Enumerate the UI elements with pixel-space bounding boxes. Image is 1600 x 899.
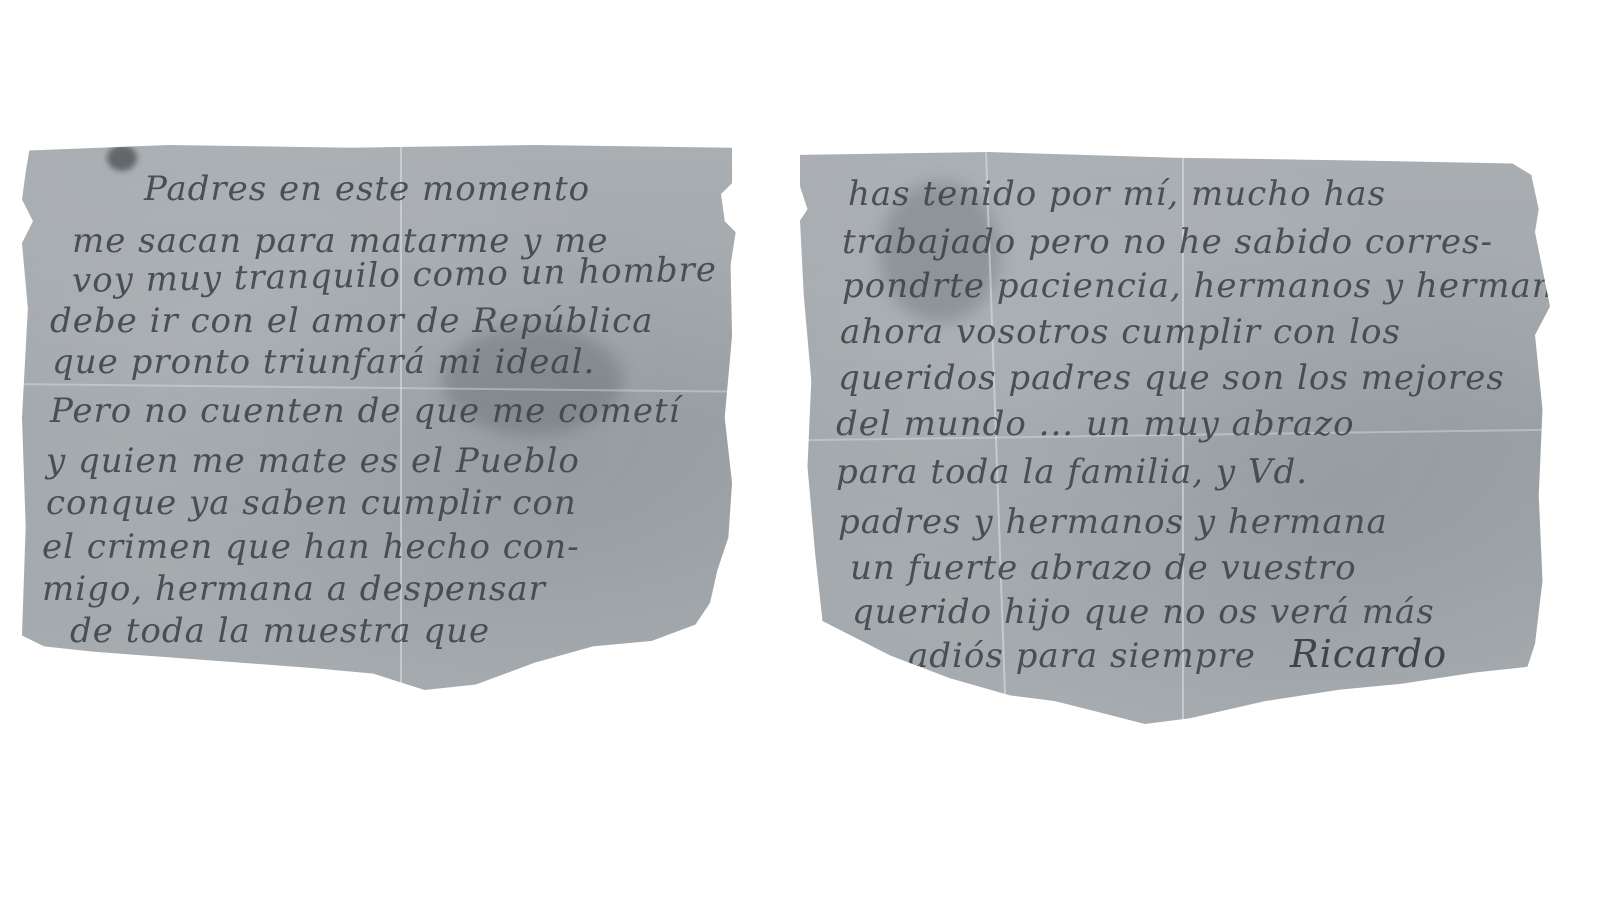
handwritten-line: para toda la familia, y Vd. bbox=[836, 452, 1308, 492]
handwritten-line: debe ir con el amor de República bbox=[50, 301, 653, 341]
handwritten-line: que pronto triunfará mi ideal. bbox=[52, 342, 595, 382]
handwritten-line: de toda la muestra que bbox=[70, 611, 490, 651]
handwritten-line: Padres en este momento bbox=[144, 169, 590, 209]
letter-fragment-right: has tenido por mí, mucho has trabajado p… bbox=[800, 152, 1550, 724]
handwritten-line: adiós para siempre bbox=[908, 636, 1256, 676]
handwritten-line: queridos padres que son los mejores bbox=[838, 358, 1505, 398]
letter-fragment-left: Padres en este momento me sacan para mat… bbox=[22, 145, 754, 690]
handwritten-text-left: Padres en este momento me sacan para mat… bbox=[22, 145, 754, 690]
handwritten-line: has tenido por mí, mucho has bbox=[848, 174, 1386, 214]
handwritten-line: padres y hermanos y hermana bbox=[838, 502, 1388, 542]
handwritten-line: pondrte paciencia, hermanos y hermana bbox=[842, 266, 1576, 306]
handwritten-line: querido hijo que no os verá más bbox=[852, 592, 1435, 632]
handwritten-line: un fuerte abrazo de vuestro bbox=[850, 548, 1357, 588]
handwritten-line: migo, hermana a despensar bbox=[42, 569, 546, 609]
handwritten-text-right: has tenido por mí, mucho has trabajado p… bbox=[800, 152, 1550, 724]
handwritten-line: Pero no cuenten de que me cometí bbox=[50, 391, 681, 431]
signature: Ricardo bbox=[1290, 632, 1447, 676]
handwritten-line: el crimen que han hecho con- bbox=[42, 527, 580, 567]
handwritten-line: conque ya saben cumplir con bbox=[46, 483, 577, 523]
handwritten-line: del mundo ... un muy abrazo bbox=[836, 404, 1355, 444]
handwritten-line: y quien me mate es el Pueblo bbox=[46, 441, 580, 481]
handwritten-line: ahora vosotros cumplir con los bbox=[840, 312, 1401, 352]
handwritten-line: trabajado pero no he sabido corres- bbox=[842, 222, 1493, 262]
